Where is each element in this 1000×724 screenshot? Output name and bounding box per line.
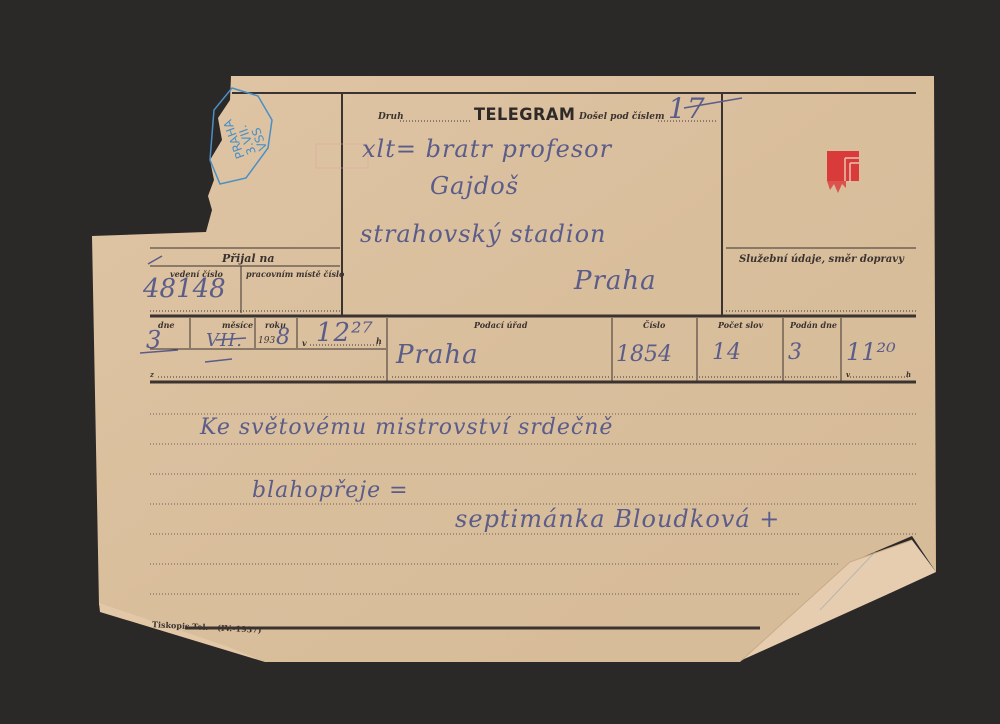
- message-line-2: blahopřeje =: [252, 478, 409, 503]
- received-title: Přijal na: [222, 252, 275, 265]
- druh-label: Druh: [378, 112, 404, 122]
- vedeni-value: 48148: [143, 274, 226, 304]
- pocet-label: Počet slov: [718, 320, 763, 330]
- v-value: 12²⁷: [316, 318, 374, 348]
- podaci-value: Praha: [396, 340, 479, 370]
- pracovnim-label: pracovním místě číslo: [246, 269, 344, 279]
- address-line-4: Praha: [574, 266, 657, 296]
- telegram-document: Druh TELEGRAM Došel pod číslem 17 xlt= b…: [0, 0, 1000, 724]
- message-line-3: septimánka Bloudková +: [455, 505, 780, 533]
- dosel-value: 17: [668, 92, 706, 125]
- cas-h-label: h: [906, 370, 911, 379]
- roku-value: 8: [276, 325, 291, 350]
- v-label: v: [302, 338, 307, 348]
- dne-value: 3: [146, 326, 162, 354]
- z-label: z: [150, 370, 154, 379]
- mesice-value: VII.: [206, 330, 243, 351]
- cislo-value: 1854: [616, 342, 672, 367]
- address-line-3: strahovský stadion: [360, 220, 606, 248]
- h-label: h: [376, 336, 382, 346]
- roku-prefix: 193: [258, 336, 275, 346]
- pocet-value: 14: [712, 340, 742, 365]
- podan-value: 3: [788, 340, 803, 365]
- message-line-1: Ke světovému mistrovství srdečně: [200, 415, 613, 440]
- cislo-label: Číslo: [643, 320, 665, 330]
- address-line-2: Gajdoš: [430, 172, 519, 200]
- podan-label: Podán dne: [790, 320, 837, 330]
- address-line-1: xlt= bratr profesor: [362, 135, 612, 163]
- podaci-label: Podací úřad: [474, 320, 527, 330]
- mesice-label: měsíce: [222, 320, 253, 330]
- telegram-title: TELEGRAM: [474, 105, 575, 125]
- service-label: Služební údaje, směr dopravy: [739, 254, 904, 265]
- cas-value: 11²⁰: [846, 338, 896, 366]
- dosel-label: Došel pod číslem: [579, 112, 665, 122]
- cas-v-label: v: [846, 370, 850, 379]
